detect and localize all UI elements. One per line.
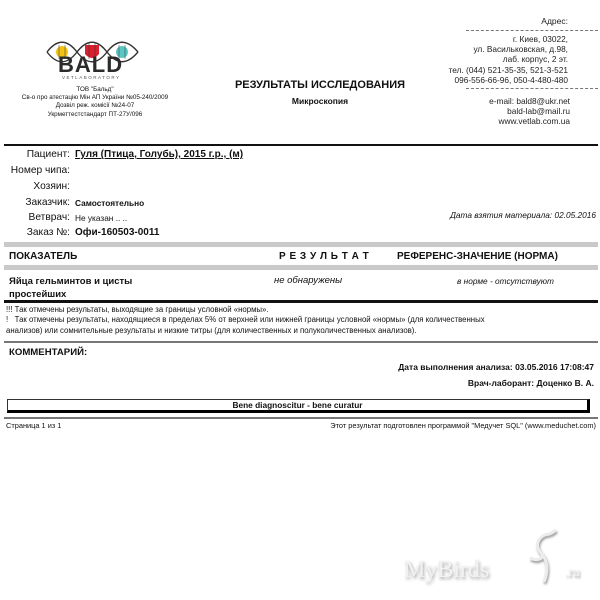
vet-value: Не указан .. .. bbox=[75, 213, 127, 223]
document-title: РЕЗУЛЬТАТЫ ИССЛЕДОВАНИЯ bbox=[200, 79, 440, 91]
divider bbox=[466, 88, 598, 89]
watermark-suffix: .ru bbox=[565, 565, 580, 581]
phone-line: 096-556-66-96, 050-4-480-480 bbox=[449, 75, 568, 85]
order-value: Офи-160503-0011 bbox=[75, 227, 159, 238]
license-info: ТОВ "Бальд" Св-о про атестацію Мін АП Ук… bbox=[0, 86, 190, 119]
customer-value: Самостоятельно bbox=[75, 198, 144, 208]
patient-label: Пациент: bbox=[0, 149, 70, 160]
customer-label: Заказчик: bbox=[0, 197, 70, 208]
divider bbox=[466, 30, 598, 31]
divider bbox=[4, 144, 598, 146]
table-header-bar bbox=[4, 265, 598, 270]
chip-label: Номер чипа: bbox=[0, 165, 70, 176]
address-block: г. Киев, 03022, ул. Васильковская, д.98,… bbox=[449, 34, 568, 85]
legend-notes: !!! Так отмечены результаты, выходящие з… bbox=[6, 305, 596, 336]
note-line: ! Так отмечены результаты, находящиеся в… bbox=[6, 315, 596, 325]
page-number: Страница 1 из 1 bbox=[6, 421, 61, 430]
motto-banner: Bene diagnoscitur - bene curatur bbox=[7, 399, 590, 413]
divider bbox=[4, 417, 598, 419]
lab-doctor: Врач-лаборант: Доценко В. А. bbox=[468, 378, 594, 388]
column-header-result: Р Е З У Л Ь Т А Т bbox=[279, 251, 369, 262]
produced-by: Этот результат подготовлен программой "М… bbox=[330, 421, 596, 430]
phone-line: тел. (044) 521-35-35, 521-3-521 bbox=[449, 65, 568, 75]
note-line: анализов) или сомнительные результаты и … bbox=[6, 326, 596, 336]
note-line: !!! Так отмечены результаты, выходящие з… bbox=[6, 305, 596, 315]
email-link[interactable]: bald-lab@mail.ru bbox=[489, 106, 570, 116]
vet-label: Ветврач: bbox=[0, 212, 70, 223]
divider bbox=[4, 341, 598, 343]
watermark-text: MyBirds bbox=[404, 557, 489, 584]
divider bbox=[4, 300, 598, 303]
bird-watermark-icon bbox=[520, 528, 562, 588]
brand-subtitle: VETLABORATORY bbox=[62, 75, 121, 80]
license-line: ТОВ "Бальд" bbox=[0, 86, 190, 94]
owner-label: Хозяин: bbox=[0, 181, 70, 192]
order-label: Заказ №: bbox=[0, 227, 70, 238]
comment-label: КОММЕНТАРИЙ: bbox=[9, 347, 87, 358]
license-line: Дозвіл реж. комісії №24-07 bbox=[0, 102, 190, 110]
website-link[interactable]: www.vetlab.com.ua bbox=[489, 116, 570, 126]
sample-date: Дата взятия материала: 02.05.2016 bbox=[450, 210, 596, 220]
table-row-reference: в норме - отсутствуют bbox=[457, 276, 554, 286]
email-link[interactable]: e-mail: bald8@ukr.net bbox=[489, 96, 570, 106]
table-row-result: не обнаружены bbox=[274, 275, 342, 286]
column-header-reference: РЕФЕРЕНС-ЗНАЧЕНИЕ (НОРМА) bbox=[397, 251, 558, 262]
license-line: Укрметтестстандарт ПТ-27У/096 bbox=[0, 111, 190, 119]
analysis-date: Дата выполнения анализа: 03.05.2016 17:0… bbox=[398, 362, 594, 372]
address-line: ул. Васильковская, д.98, bbox=[449, 44, 568, 54]
table-header-bar bbox=[4, 242, 598, 247]
address-label: Адрес: bbox=[541, 16, 568, 26]
patient-value: Гуля (Птица, Голубь), 2015 г.р., (м) bbox=[75, 149, 243, 160]
document-subtitle: Микроскопия bbox=[200, 96, 440, 106]
indicator-name: Яйца гельминтов и цисты bbox=[9, 275, 132, 288]
column-header-indicator: ПОКАЗАТЕЛЬ bbox=[9, 251, 77, 262]
contacts-block: e-mail: bald8@ukr.net bald-lab@mail.ru w… bbox=[489, 96, 570, 127]
address-line: лаб. корпус, 2 эт. bbox=[449, 54, 568, 64]
table-row-indicator: Яйца гельминтов и цисты простейших bbox=[9, 275, 132, 301]
address-line: г. Киев, 03022, bbox=[449, 34, 568, 44]
